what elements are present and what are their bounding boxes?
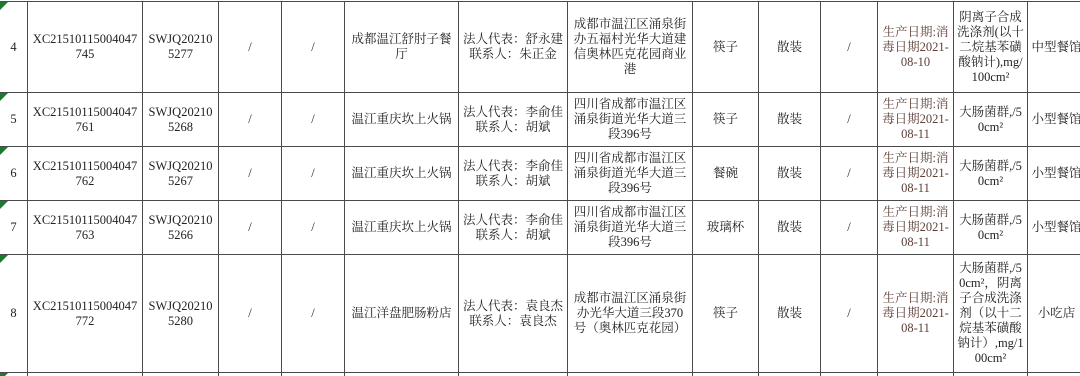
contact-person: 联系人：胡斌 <box>462 174 564 189</box>
contact-person: 联系人：胡斌 <box>462 120 564 135</box>
cell-corner-marker-icon <box>0 2 8 10</box>
cell-empty <box>821 373 878 376</box>
cell-sample-code: XC21510115004047772 <box>28 255 143 373</box>
cell-test-item: 大肠菌群,/50cm² <box>954 147 1028 201</box>
spreadsheet-table-view: 4 XC21510115004047745 SWJQ202105277 / / … <box>0 0 1080 376</box>
cell-row-number: 8 <box>0 255 28 373</box>
cell-date-info: 生产日期:消毒日期2021-08-10 <box>878 2 954 93</box>
cell-empty <box>568 373 693 376</box>
cell-item: 筷子 <box>693 93 759 147</box>
cell-empty <box>143 373 219 376</box>
cell-date-info: 生产日期:消毒日期2021-08-11 <box>878 201 954 255</box>
cell-address: 四川省成都市温江区涌泉街道光华大道三段396号 <box>568 93 693 147</box>
table-row: 8 XC21510115004047772 SWJQ202105280 / / … <box>0 255 1080 373</box>
cell-test-item: 阴离子合成洗涤剂(以十二烷基苯磺酸钠计),mg/100cm² <box>954 2 1028 93</box>
cell-row-number: 7 <box>0 201 28 255</box>
cell-packaging: 散装 <box>759 147 821 201</box>
table-row: 5 XC21510115004047761 SWJQ202105268 / / … <box>0 93 1080 147</box>
cell-address: 成都市温江区涌泉街办五福村光华大道建信奥林匹克花园商业港 <box>568 2 693 93</box>
cell-slash-2: / <box>282 201 345 255</box>
cell-slash-2: / <box>282 255 345 373</box>
cell-packaging: 散装 <box>759 201 821 255</box>
cell-date-info: 生产日期:消毒日期2021-08-11 <box>878 255 954 373</box>
cell-test-item: 大肠菌群,/50cm² <box>954 201 1028 255</box>
cell-slash-2: / <box>282 2 345 93</box>
cell-sample-code: XC21510115004047761 <box>28 93 143 147</box>
cell-item: 筷子 <box>693 2 759 93</box>
cell-slash-3: / <box>821 2 878 93</box>
cell-slash-3: / <box>821 255 878 373</box>
cell-report-code: SWJQ202105277 <box>143 2 219 93</box>
cell-row-number: 6 <box>0 147 28 201</box>
cell-row-number <box>0 373 28 376</box>
cell-empty <box>28 373 143 376</box>
cell-report-code: SWJQ202105266 <box>143 201 219 255</box>
cell-row-number: 4 <box>0 2 28 93</box>
cell-slash-2: / <box>282 93 345 147</box>
cell-corner-marker-icon <box>0 93 8 101</box>
legal-rep: 法人代表：袁良杰 <box>462 299 564 314</box>
cell-empty <box>954 373 1028 376</box>
cell-sample-code: XC21510115004047762 <box>28 147 143 201</box>
cell-empty <box>219 373 282 376</box>
cell-empty <box>345 373 459 376</box>
table-row: 7 XC21510115004047763 SWJQ202105266 / / … <box>0 201 1080 255</box>
cell-legal-rep-contact: 法人代表：舒永建 联系人：朱正金 <box>459 2 568 93</box>
row-number: 6 <box>10 166 16 180</box>
cell-shop-name: 温江重庆坎上火锅 <box>345 201 459 255</box>
cell-empty <box>282 373 345 376</box>
cell-report-code: SWJQ202105267 <box>143 147 219 201</box>
table-row: 6 XC21510115004047762 SWJQ202105267 / / … <box>0 147 1080 201</box>
contact-person: 联系人：袁良杰 <box>462 314 564 329</box>
contact-person: 联系人：朱正金 <box>462 47 564 62</box>
cell-empty <box>759 373 821 376</box>
cell-row-number: 5 <box>0 93 28 147</box>
cell-shop-type: 小型餐馆 <box>1028 147 1080 201</box>
cell-packaging: 散装 <box>759 93 821 147</box>
cell-empty <box>693 373 759 376</box>
cell-legal-rep-contact: 法人代表：李俞佳 联系人：胡斌 <box>459 93 568 147</box>
legal-rep: 法人代表：李俞佳 <box>462 159 564 174</box>
row-number: 4 <box>10 40 16 54</box>
cell-shop-type: 小型餐馆 <box>1028 93 1080 147</box>
cell-slash-3: / <box>821 93 878 147</box>
cell-corner-marker-icon <box>0 147 8 155</box>
cell-packaging: 散装 <box>759 2 821 93</box>
cell-shop-name: 温江重庆坎上火锅 <box>345 147 459 201</box>
cell-slash-2: / <box>282 147 345 201</box>
cell-slash-1: / <box>219 93 282 147</box>
cell-shop-type: 小吃店 <box>1028 255 1080 373</box>
cell-shop-name: 温江重庆坎上火锅 <box>345 93 459 147</box>
cell-date-info: 生产日期:消毒日期2021-08-11 <box>878 147 954 201</box>
cell-slash-1: / <box>219 201 282 255</box>
cell-slash-1: / <box>219 147 282 201</box>
cell-address: 四川省成都市温江区涌泉街道光华大道三段396号 <box>568 201 693 255</box>
row-number: 7 <box>10 220 16 234</box>
cell-empty <box>459 373 568 376</box>
cell-slash-3: / <box>821 147 878 201</box>
cell-slash-1: / <box>219 2 282 93</box>
cell-slash-3: / <box>821 201 878 255</box>
inspection-table: 4 XC21510115004047745 SWJQ202105277 / / … <box>0 1 1080 376</box>
cell-date-info: 生产日期:消毒日期2021-08-11 <box>878 93 954 147</box>
contact-person: 联系人：胡斌 <box>462 228 564 243</box>
cell-slash-1: / <box>219 255 282 373</box>
table-row: 4 XC21510115004047745 SWJQ202105277 / / … <box>0 2 1080 93</box>
cell-corner-marker-icon <box>0 255 8 263</box>
cell-empty <box>1028 373 1080 376</box>
cell-report-code: SWJQ202105268 <box>143 93 219 147</box>
row-number: 8 <box>10 306 16 320</box>
cell-address: 成都市温江区涌泉街办光华大道三段370号（奥林匹克花园） <box>568 255 693 373</box>
cell-test-item: 大肠菌群,/50cm²，阴离子合成洗涤剂（以十二烷基苯磺酸钠计）,mg/100c… <box>954 255 1028 373</box>
cell-report-code: SWJQ202105280 <box>143 255 219 373</box>
cell-item: 餐碗 <box>693 147 759 201</box>
cell-shop-name: 温江洋盘肥肠粉店 <box>345 255 459 373</box>
cell-shop-name: 成都温江舒肘子餐厅 <box>345 2 459 93</box>
cell-legal-rep-contact: 法人代表：李俞佳 联系人：胡斌 <box>459 201 568 255</box>
cell-legal-rep-contact: 法人代表：袁良杰 联系人：袁良杰 <box>459 255 568 373</box>
cell-item: 筷子 <box>693 255 759 373</box>
cell-sample-code: XC21510115004047745 <box>28 2 143 93</box>
table-row-partial <box>0 373 1080 376</box>
legal-rep: 法人代表：李俞佳 <box>462 213 564 228</box>
cell-item: 玻璃杯 <box>693 201 759 255</box>
cell-corner-marker-icon <box>0 201 8 209</box>
cell-empty <box>878 373 954 376</box>
cell-shop-type: 小型餐馆 <box>1028 201 1080 255</box>
cell-address: 四川省成都市温江区涌泉街道光华大道三段396号 <box>568 147 693 201</box>
legal-rep: 法人代表：李俞佳 <box>462 105 564 120</box>
row-number: 5 <box>10 112 16 126</box>
cell-packaging: 散装 <box>759 255 821 373</box>
cell-shop-type: 中型餐馆 <box>1028 2 1080 93</box>
cell-legal-rep-contact: 法人代表：李俞佳 联系人：胡斌 <box>459 147 568 201</box>
legal-rep: 法人代表：舒永建 <box>462 32 564 47</box>
cell-sample-code: XC21510115004047763 <box>28 201 143 255</box>
cell-test-item: 大肠菌群,/50cm² <box>954 93 1028 147</box>
